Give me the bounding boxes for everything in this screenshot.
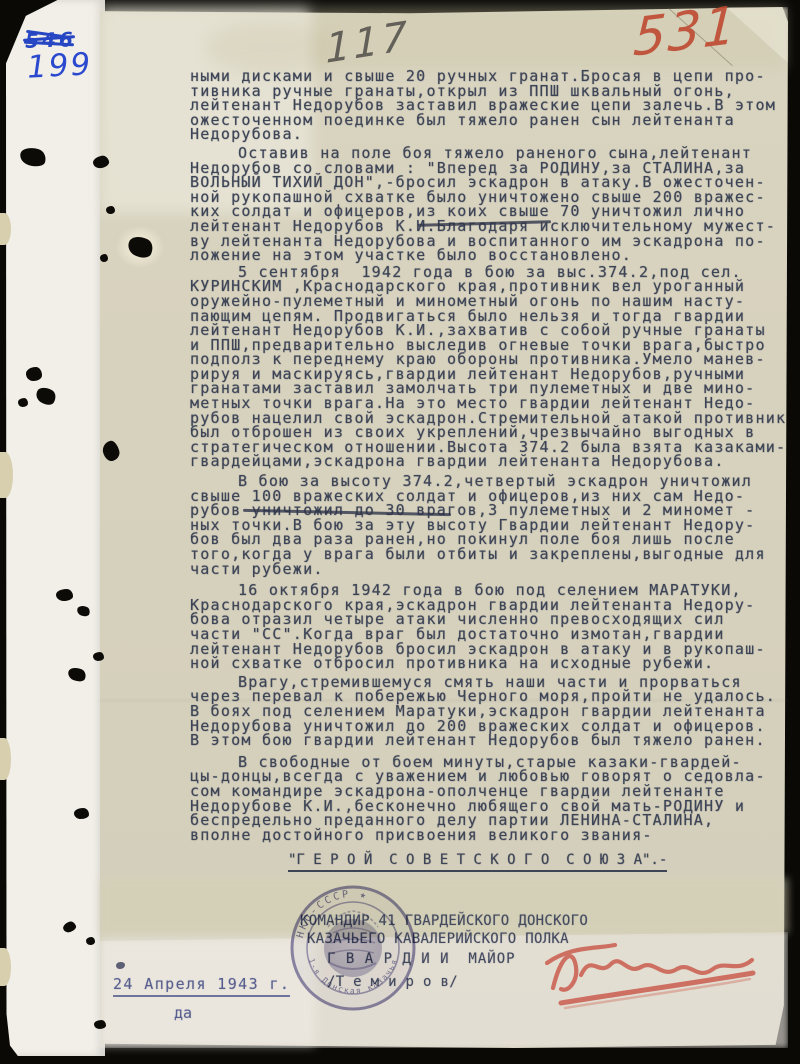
typed-line: вполне достойного присвоения великого зв… bbox=[190, 828, 786, 843]
paragraph: 16 октября 1942 года в бою под селением … bbox=[190, 583, 786, 671]
typed-line: ной схватке отбросил противника на исход… bbox=[190, 656, 786, 671]
hero-title-heading: "Г Е Р О Й С О В Е Т С К О Г О С О Ю З А… bbox=[288, 852, 667, 872]
torn-hole bbox=[93, 652, 104, 661]
paragraph: Оставив на поле боя тяжело раненого сына… bbox=[190, 146, 786, 263]
blue-page-number: 199 bbox=[26, 46, 93, 85]
typed-line: Недорубова. bbox=[190, 127, 786, 142]
typed-text-block: ными дисками и свыше 20 ручных гранат.Бр… bbox=[190, 69, 786, 872]
paragraph: В свободные от боем минуты,старые казаки… bbox=[190, 755, 786, 843]
typed-line: гвардейцами,эскадрона гвардии лейтенанта… bbox=[190, 454, 786, 469]
typed-line: В этом бою гвардии лейтенант Недорубов б… bbox=[190, 733, 786, 748]
torn-hole bbox=[18, 398, 28, 407]
paragraph: Врагу,стремившемуся смять наши части и п… bbox=[190, 675, 786, 748]
round-seal-stamp: НКО-СССР ★ 1-я Донская казачья bbox=[288, 883, 418, 1013]
torn-hole bbox=[100, 254, 108, 262]
typed-line: части рубежи. bbox=[190, 562, 786, 577]
torn-hole bbox=[56, 589, 73, 601]
torn-hole bbox=[94, 1020, 106, 1029]
paragraph: В бою за высоту 374.2,четвертый эскадрон… bbox=[190, 474, 786, 576]
scanned-document-photo: 546 199 117 531 ными дисками и свыше 20 … bbox=[0, 0, 800, 1064]
torn-hole bbox=[86, 937, 95, 945]
typed-line: ложение на этом участке было восстановле… bbox=[190, 248, 786, 263]
paragraph: 5 сентября 1942 года в бою за выс.374.2,… bbox=[190, 265, 786, 469]
torn-hole bbox=[106, 206, 115, 214]
red-autograph-signature bbox=[545, 933, 760, 1018]
torn-hole bbox=[26, 367, 42, 381]
document-date: 24 Апреля 1943 г. bbox=[113, 975, 290, 997]
paragraph: ными дисками и свыше 20 ручных гранат.Бр… bbox=[190, 69, 786, 142]
date-note: да bbox=[174, 1004, 192, 1022]
torn-hole bbox=[74, 808, 89, 819]
